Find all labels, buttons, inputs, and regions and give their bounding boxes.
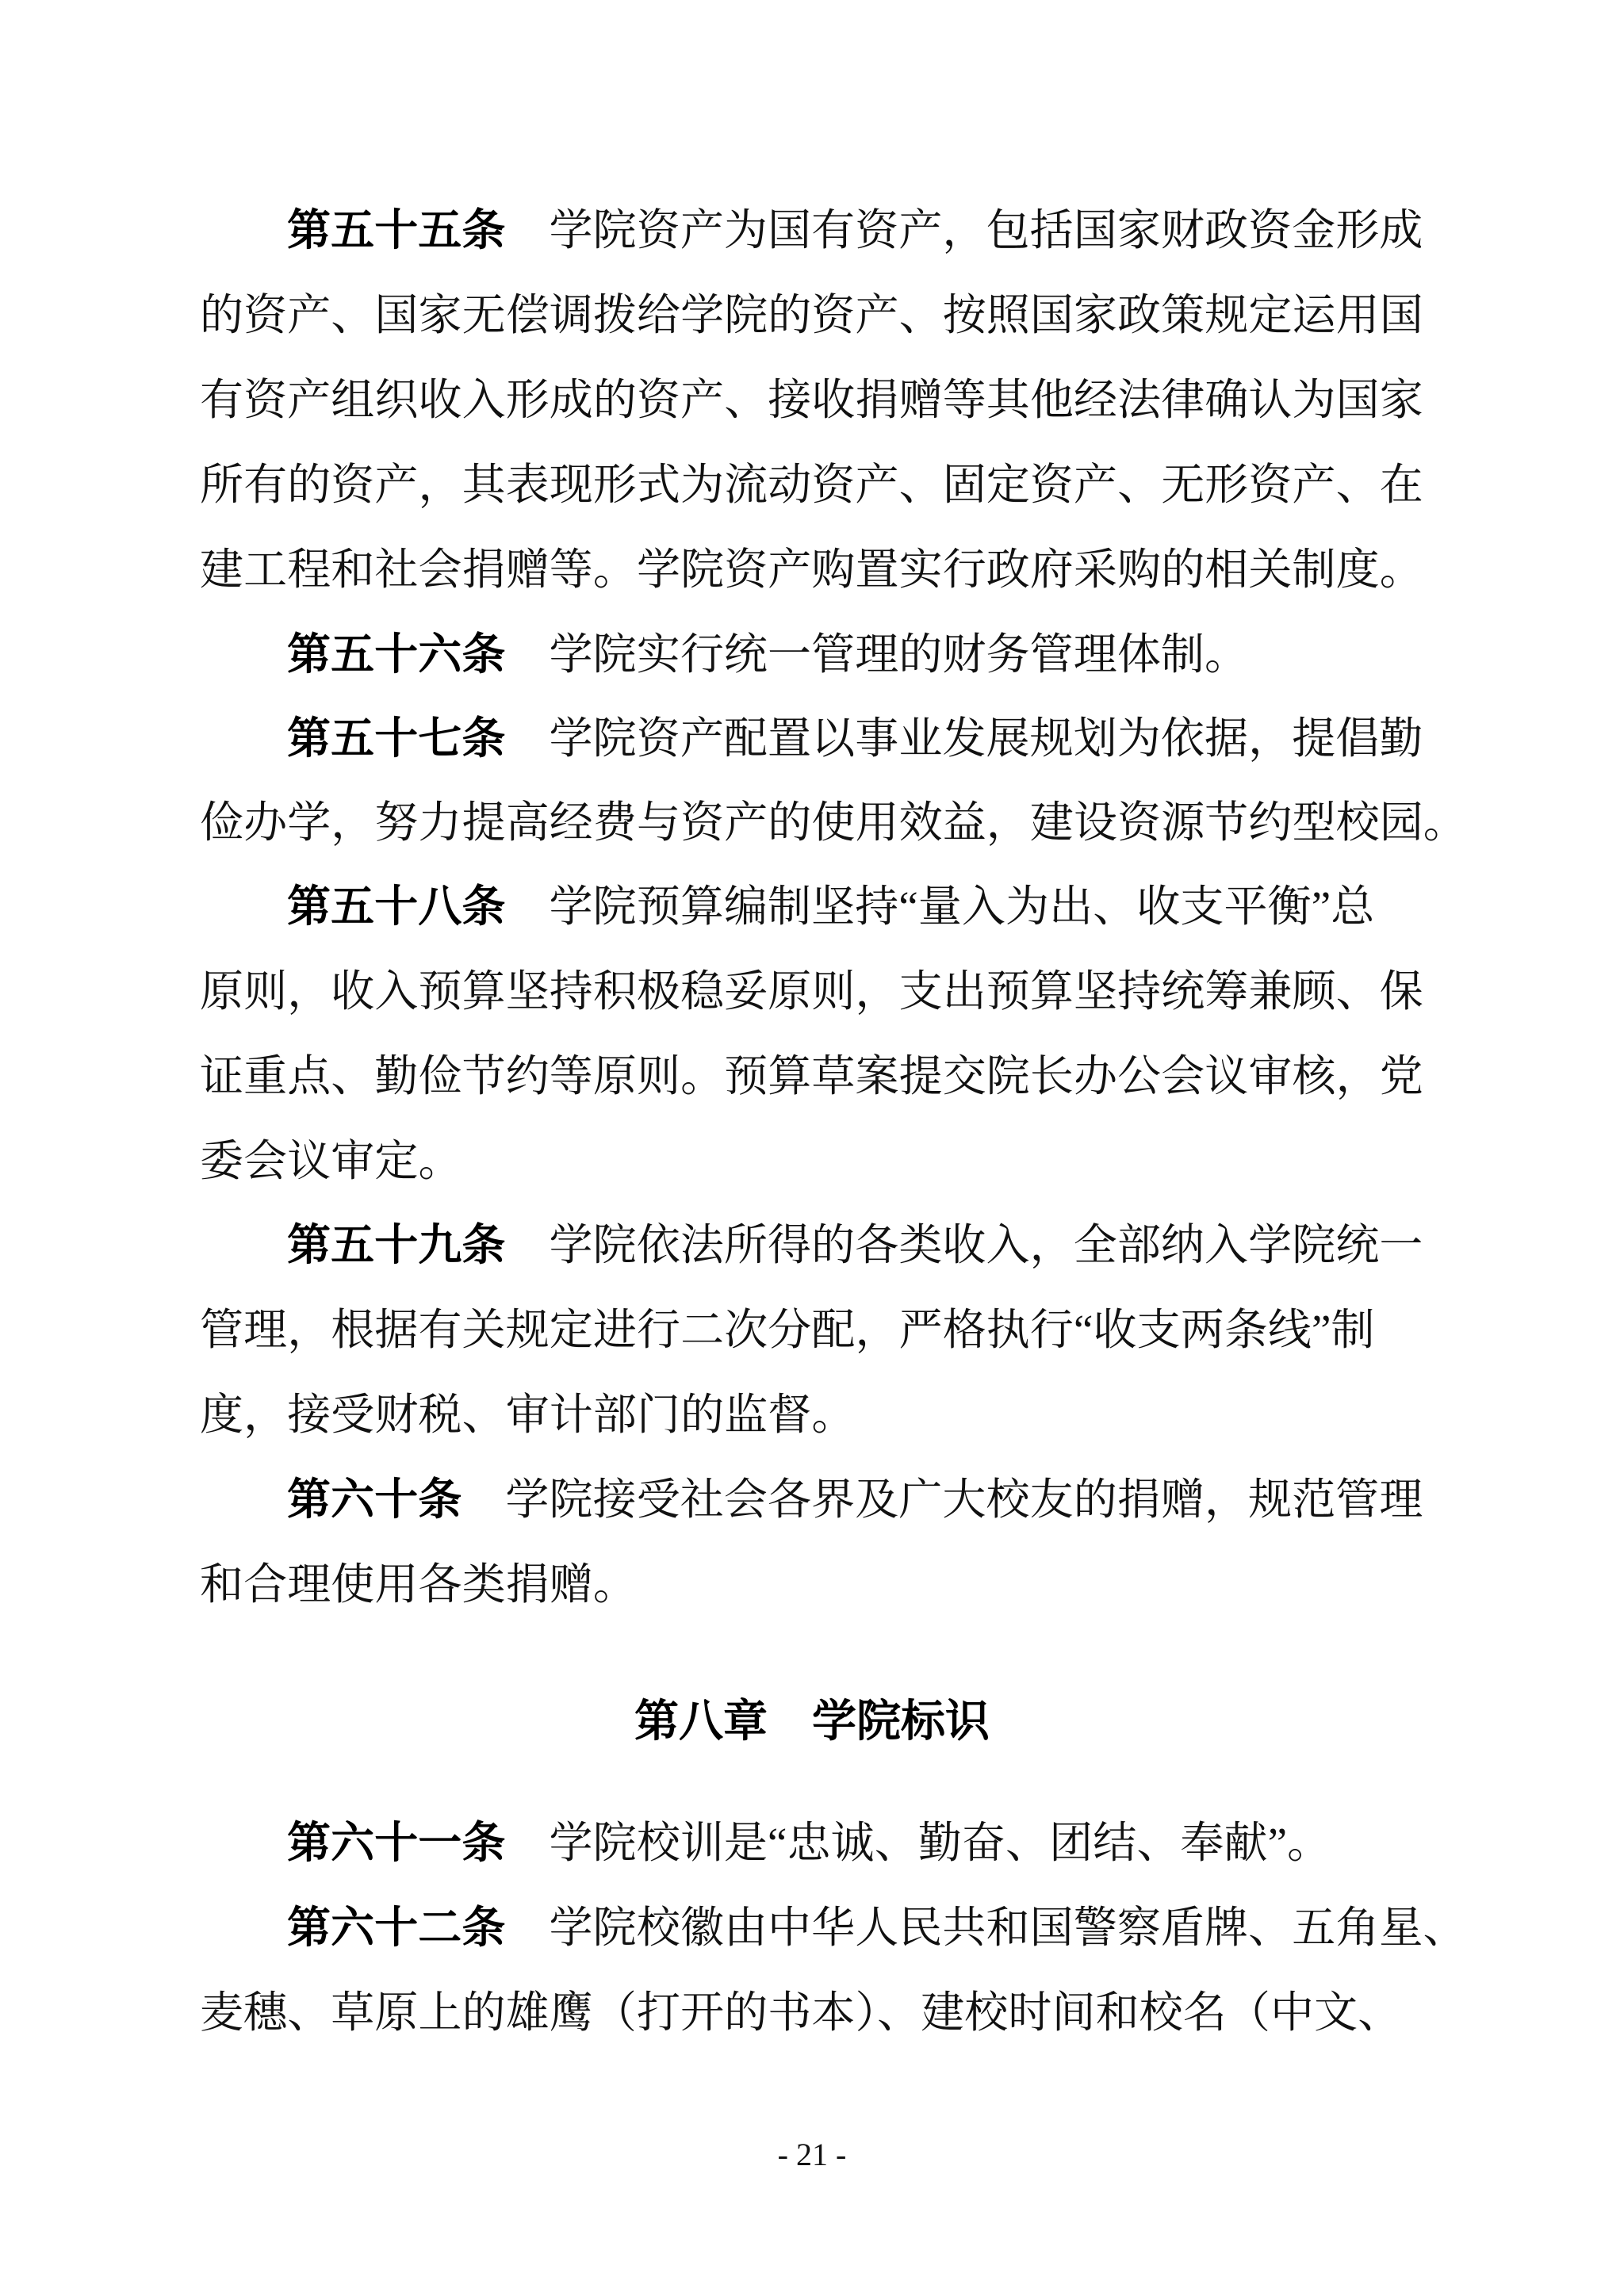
article-62-line-2: 麦穗、草原上的雄鹰（打开的书本）、建校时间和校名（中文、	[200, 1970, 1437, 2055]
article-59-label: 第五十九条	[287, 1220, 506, 1269]
article-55-line-5: 建工程和社会捐赠等。学院资产购置实行政府采购的相关制度。	[200, 527, 1437, 612]
article-61-text: 学院校训是“忠诚、勤奋、团结、奉献”。	[550, 1819, 1331, 1867]
article-55-text: 学院资产为国有资产，包括国家财政资金形成	[550, 206, 1423, 254]
chapter-heading: 第八章学院标识	[0, 1678, 1624, 1763]
article-58-text: 学院预算编制坚持“量入为出、收支平衡”总	[550, 882, 1375, 931]
article-57-line-2: 俭办学，努力提高经费与资产的使用效益，建设资源节约型校园。	[200, 780, 1437, 865]
article-60-text: 学院接受社会各界及广大校友的捐赠，规范管理	[505, 1475, 1423, 1524]
article-56-line-1: 第五十六条学院实行统一管理的财务管理体制。	[287, 612, 1524, 697]
article-62-label: 第六十二条	[287, 1903, 506, 1952]
article-60-line-1: 第六十条学院接受社会各界及广大校友的捐赠，规范管理	[287, 1457, 1524, 1542]
document-page: 第五十五条学院资产为国有资产，包括国家财政资金形成 的资产、国家无偿调拨给学院的…	[0, 0, 1624, 2296]
article-55-line-1: 第五十五条学院资产为国有资产，包括国家财政资金形成	[287, 188, 1524, 273]
article-56-text: 学院实行统一管理的财务管理体制。	[550, 630, 1249, 679]
article-57-label: 第五十七条	[287, 714, 506, 763]
article-58-line-1: 第五十八条学院预算编制坚持“量入为出、收支平衡”总	[287, 864, 1524, 949]
article-58-line-4: 委会议审定。	[200, 1119, 1437, 1203]
page-number: - 21 -	[0, 2131, 1624, 2179]
chapter-title: 学院标识	[812, 1696, 990, 1746]
article-59-line-2: 管理，根据有关规定进行二次分配，严格执行“收支两条线”制	[200, 1288, 1437, 1372]
article-60-line-2: 和合理使用各类捐赠。	[200, 1542, 1437, 1627]
article-61-line-1: 第六十一条学院校训是“忠诚、勤奋、团结、奉献”。	[287, 1800, 1524, 1885]
article-62-text: 学院校徽由中华人民共和国警察盾牌、五角星、	[550, 1904, 1467, 1952]
article-57-line-1: 第五十七条学院资产配置以事业发展规划为依据，提倡勤	[287, 696, 1524, 781]
article-59-line-1: 第五十九条学院依法所得的各类收入，全部纳入学院统一	[287, 1203, 1524, 1288]
article-62-line-1: 第六十二条学院校徽由中华人民共和国警察盾牌、五角星、	[287, 1885, 1524, 1970]
chapter-number: 第八章	[634, 1696, 768, 1746]
article-58-line-3: 证重点、勤俭节约等原则。预算草案提交院长办公会议审核，党	[200, 1034, 1437, 1119]
article-59-text: 学院依法所得的各类收入，全部纳入学院统一	[550, 1221, 1423, 1269]
article-61-label: 第六十一条	[287, 1818, 506, 1867]
article-59-line-3: 度，接受财税、审计部门的监督。	[200, 1372, 1437, 1457]
article-58-label: 第五十八条	[287, 882, 506, 931]
article-55-line-4: 所有的资产，其表现形式为流动资产、固定资产、无形资产、在	[200, 442, 1437, 527]
article-60-label: 第六十条	[287, 1475, 462, 1524]
article-55-line-2: 的资产、国家无偿调拨给学院的资产、按照国家政策规定运用国	[200, 273, 1437, 358]
article-55-line-3: 有资产组织收入形成的资产、接收捐赠等其他经法律确认为国家	[200, 358, 1437, 442]
article-56-label: 第五十六条	[287, 629, 506, 679]
article-58-line-2: 原则，收入预算坚持积极稳妥原则，支出预算坚持统筹兼顾、保	[200, 949, 1437, 1034]
article-57-text: 学院资产配置以事业发展规划为依据，提倡勤	[550, 714, 1423, 763]
article-55-label: 第五十五条	[287, 205, 506, 254]
